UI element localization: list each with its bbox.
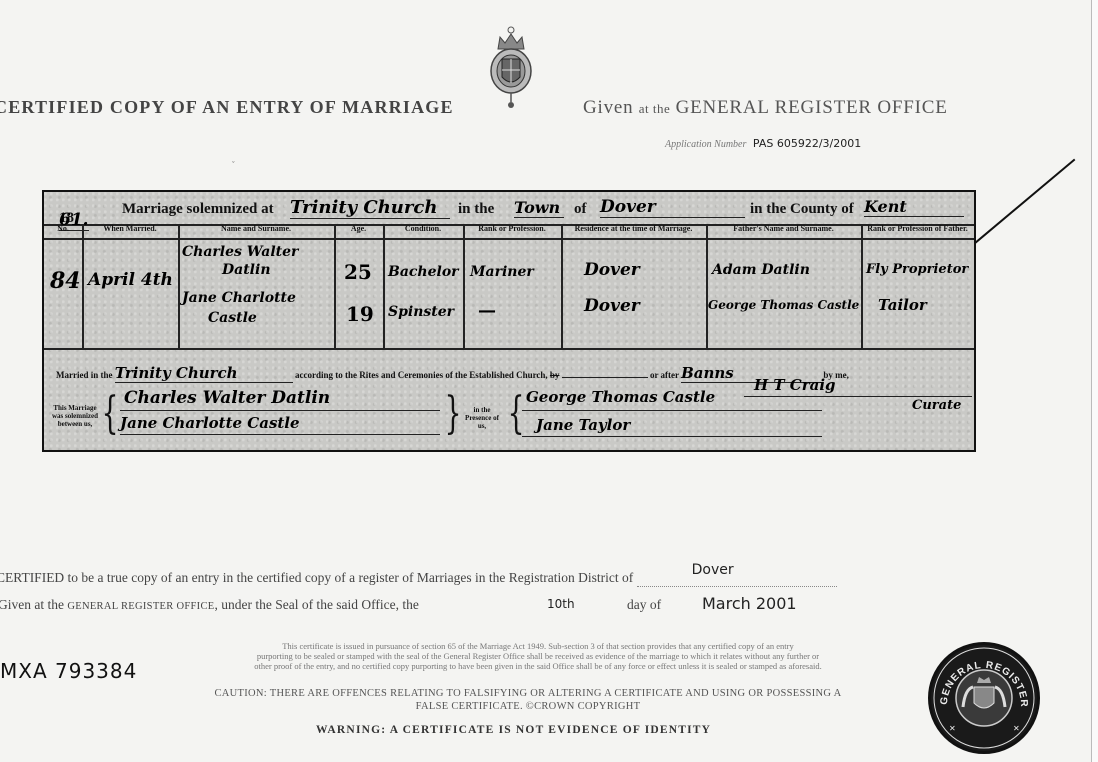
solemnized-between-label: This Marriage was solemnized between us, <box>50 404 100 428</box>
certification-month-year: March 2001 <box>702 594 797 613</box>
married-in-label: Married in the <box>56 370 113 380</box>
office-text: General Register Office <box>67 601 214 612</box>
at-the-label: at the <box>639 101 671 116</box>
col-header-name: Name and Surname. <box>178 224 334 238</box>
struck-by: by <box>550 370 560 380</box>
brace-right: } <box>445 392 462 436</box>
signature-line <box>120 410 440 411</box>
legal-fine-print: This certificate is issued in pursuance … <box>168 641 908 671</box>
fine-print-line: other proof of the entry, and no certifi… <box>168 661 908 671</box>
col-header-father-rank: Rank or Profession of Father. <box>861 224 974 238</box>
col-header-age: Age. <box>334 224 383 238</box>
bride-surname: Castle <box>208 310 257 326</box>
col-header-father: Father's Name and Surname. <box>706 224 861 238</box>
identity-warning: WARNING: A CERTIFICATE IS NOT EVIDENCE O… <box>316 724 711 736</box>
groom-father-profession: Fly Proprietor <box>866 262 968 277</box>
scan-mark: ˇ <box>232 160 235 169</box>
application-number-label: Application Number <box>665 139 746 150</box>
signature-line <box>120 434 440 435</box>
groom-surname: Datlin <box>222 262 271 278</box>
solemnized-label: Marriage solemnized at <box>122 201 274 218</box>
certification-text: CERTIFIED to be a true copy of an entry … <box>0 570 633 585</box>
groom-signature: Charles Walter Datlin <box>124 388 330 408</box>
district-type: Town <box>514 198 564 218</box>
caution-line: FALSE CERTIFICATE. ©CROWN COPYRIGHT <box>168 700 888 713</box>
bride-name: Jane Charlotte <box>182 290 296 306</box>
fine-print-line: This certificate is issued in pursuance … <box>168 641 908 651</box>
bride-residence: Dover <box>584 296 640 316</box>
signature-block: This Marriage was solemnized between us,… <box>44 384 974 452</box>
witness-2-signature: Jane Taylor <box>536 416 630 434</box>
groom-profession: Mariner <box>470 264 534 280</box>
day-of-label: day of <box>627 597 661 613</box>
brace-left: { <box>102 392 119 436</box>
groom-father-name: Adam Datlin <box>712 262 810 278</box>
groom-condition: Bachelor <box>388 264 459 280</box>
fine-print-line: purporting to be sealed or stamped with … <box>168 651 908 661</box>
or-after-label: or after <box>650 370 679 380</box>
groom-age: 25 <box>344 260 372 284</box>
certification-day: 10th <box>547 597 575 611</box>
col-header-when: When Married. <box>82 224 178 238</box>
entry-number: 84 <box>50 268 81 294</box>
married-in-church: Trinity Church <box>115 364 293 383</box>
register-entry: 1861. Marriage solemnized at Trinity Chu… <box>42 190 976 452</box>
presence-label: in the Presence of us, <box>462 406 502 430</box>
given-at-text: Given at the <box>0 597 64 612</box>
seal-text: , under the Seal of the said Office, the <box>214 597 418 612</box>
groom-name: Charles Walter <box>182 244 298 260</box>
place-of-marriage: Trinity Church <box>290 197 450 219</box>
svg-text:✕: ✕ <box>949 724 956 733</box>
ceremony-line: Married in the Trinity Church according … <box>56 364 849 383</box>
page-edge <box>1091 0 1098 762</box>
marriage-date: April 4th <box>88 270 173 290</box>
office-name: GENERAL REGISTER OFFICE <box>676 97 948 118</box>
certificate-title: CERTIFIED COPY OF AN ENTRY OF MARRIAGE <box>0 97 454 118</box>
gro-seal-icon: GENERAL REGISTER OFFICE ✕ ✕ <box>928 642 1040 754</box>
certification-line-1: CERTIFIED to be a true copy of an entry … <box>0 570 837 587</box>
witness-line <box>522 410 822 411</box>
bride-father-profession: Tailor <box>878 296 927 314</box>
col-header-condition: Condition. <box>383 224 463 238</box>
in-the-label: in the <box>458 201 494 218</box>
county: Kent <box>864 197 964 217</box>
rites-text: according to the Rites and Ceremonies of… <box>295 370 548 380</box>
town: Dover <box>600 197 745 218</box>
brace-witness: { <box>508 392 525 436</box>
col-header-residence: Residence at the time of Marriage. <box>561 224 706 238</box>
witness-1-signature: George Thomas Castle <box>526 388 715 406</box>
caution-line: CAUTION: THERE ARE OFFENCES RELATING TO … <box>168 687 888 700</box>
svg-text:✕: ✕ <box>1013 724 1020 733</box>
bride-condition: Spinster <box>388 304 454 320</box>
entry-header-row: 1861. Marriage solemnized at Trinity Chu… <box>44 192 974 226</box>
table-row: 84 April 4th Charles Walter Datlin Jane … <box>44 238 974 350</box>
pen-stroke <box>975 159 1076 244</box>
col-header-no: No. <box>44 224 82 238</box>
certification-line-2: Given at the General Register Office, un… <box>0 597 419 613</box>
bride-age: 19 <box>346 302 374 326</box>
serial-number: MXA 793384 <box>0 659 137 683</box>
application-number-value: PAS 605922/3/2001 <box>753 137 861 150</box>
bride-father-name: George Thomas Castle <box>708 298 859 312</box>
registration-district: Dover <box>692 562 734 578</box>
witness-line <box>522 436 822 437</box>
county-label: in the County of <box>750 201 854 218</box>
bride-signature: Jane Charlotte Castle <box>120 414 300 432</box>
issuing-office-title: Given at the GENERAL REGISTER OFFICE <box>583 97 948 119</box>
bride-profession: — <box>478 300 496 321</box>
groom-residence: Dover <box>584 260 640 280</box>
given-label: Given <box>583 97 633 118</box>
of-label: of <box>574 201 587 218</box>
col-header-rank: Rank or Profession. <box>463 224 561 238</box>
caution-text: CAUTION: THERE ARE OFFENCES RELATING TO … <box>168 687 888 713</box>
royal-crest-icon <box>488 25 534 111</box>
application-number: Application Number PAS 605922/3/2001 <box>665 137 861 150</box>
